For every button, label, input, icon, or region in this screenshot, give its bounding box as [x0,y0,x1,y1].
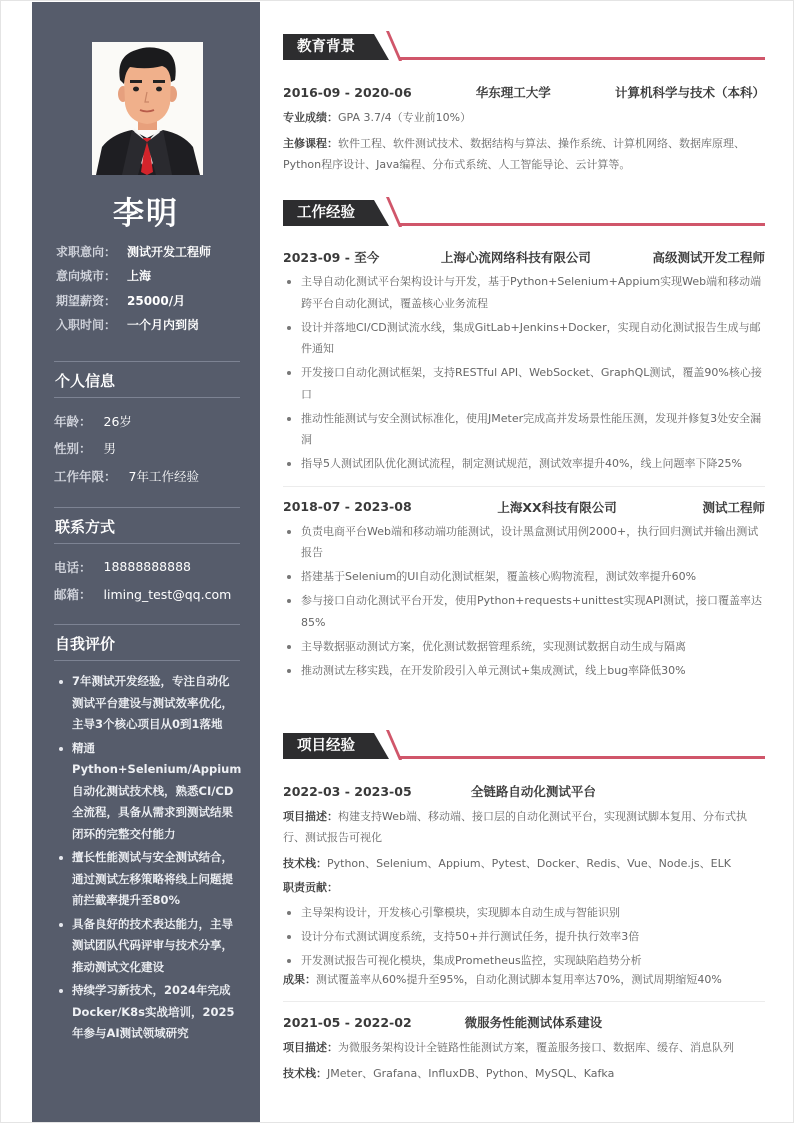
job-bullets: 主导自动化测试平台架构设计与开发，基于Python+Selenium+Appiu… [283,271,765,475]
list-item: 主导架构设计，开发核心引擎模块，实现脚本自动生成与智能识别 [283,902,765,924]
section-header: 工作经验 [283,194,765,228]
intent-label: 求职意向： [56,243,127,260]
project-result: 成果：测试覆盖率从60%提升至95%，自动化测试脚本复用率达70%，测试周期缩短… [283,969,765,990]
job-company: 上海心流网络科技有限公司 [379,248,652,266]
list-item: 推动测试左移实践，在开发阶段引入单元测试+集成测试，线上bug率降低30% [283,660,765,682]
project-tech-stack: 技术栈：Python、Selenium、Appium、Pytest、Docker… [283,853,765,874]
project-description: 项目描述：为微服务架构设计全链路性能测试方案，覆盖服务接口、数据库、缓存、消息队… [283,1037,765,1058]
job-header: 2018-07 - 2023-08 上海XX科技有限公司 测试工程师 [283,497,765,517]
project-entry: 2022-03 - 2023-05 全链路自动化测试平台 项目描述：构建支持We… [283,781,765,990]
job-period: 2023-09 - 至今 [283,248,379,266]
project-period: 2021-05 - 2022-02 [283,1015,412,1030]
job-intent-list: 求职意向： 测试开发工程师 意向城市： 上海 期望薪资： 25000/月 入职时… [56,239,211,337]
list-item: 精通Python+Selenium/Appium自动化测试技术栈，熟悉CI/CD… [54,738,240,846]
job-company: 上海XX科技有限公司 [412,498,703,516]
stack-label: 技术栈： [283,1067,327,1080]
job-bullets: 负责电商平台Web端和移动端功能测试，设计黑盒测试用例2000+，执行回归测试并… [283,521,765,682]
desc-value: 为微服务架构设计全链路性能测试方案，覆盖服务接口、数据库、缓存、消息队列 [338,1041,734,1054]
section-title: 个人信息 [54,361,240,398]
project-duties-label: 职责贡献： [283,877,765,898]
list-item: 持续学习新技术，2024年完成Docker/K8s实战培训，2025年参与AI测… [54,980,240,1045]
info-label: 年龄： [54,412,104,430]
project-tech-stack: 技术栈：JMeter、Grafana、InfluxDB、Python、MySQL… [283,1063,765,1084]
job-entry: 2018-07 - 2023-08 上海XX科技有限公司 测试工程师 负责电商平… [283,497,765,682]
list-item: 参与接口自动化测试平台开发，使用Python+requests+unittest… [283,590,765,633]
work-experience-section: 工作经验 2023-09 - 至今 上海心流网络科技有限公司 高级测试开发工程师… [283,194,765,684]
info-label: 工作年限： [54,467,129,485]
section-divider [399,57,765,60]
section-divider [399,223,765,226]
contact-label: 邮箱： [54,585,104,603]
section-header: 教育背景 [283,28,765,62]
project-duties: 主导架构设计，开发核心引擎模块，实现脚本自动生成与智能识别 设计分布式测试调度系… [283,902,765,972]
contact-email: 邮箱： liming_test@qq.com [54,581,240,609]
info-gender: 性别： 男 [54,435,240,463]
education-section: 教育背景 2016-09 - 2020-06 华东理工大学 计算机科学与技术（本… [283,28,765,175]
entry-divider [283,1001,765,1002]
intent-value: 一个月内到岗 [127,316,199,333]
courses-label: 主修课程： [283,137,338,150]
info-value: 7年工作经验 [129,467,199,485]
contact-phone: 电话： 18888888888 [54,553,240,581]
info-label: 性别： [54,439,104,457]
intent-label: 期望薪资： [56,292,127,309]
list-item: 开发接口自动化测试框架，支持RESTful API、WebSocket、Grap… [283,362,765,405]
list-item: 主导数据驱动测试方案，优化测试数据管理系统，实现测试数据自动生成与隔离 [283,636,765,658]
list-item: 设计分布式测试调度系统，支持50+并行测试任务，提升执行效率3倍 [283,926,765,948]
intent-label: 入职时间： [56,316,127,333]
section-title: 工作经验 [283,200,389,226]
intent-position: 求职意向： 测试开发工程师 [56,239,211,264]
job-role: 高级测试开发工程师 [652,248,765,266]
result-value: 测试覆盖率从60%提升至95%，自动化测试脚本复用率达70%，测试周期缩短40% [316,973,722,986]
avatar-portrait-icon [92,42,203,175]
section-title: 项目经验 [283,733,389,759]
intent-salary: 期望薪资： 25000/月 [56,288,211,313]
list-item: 设计并落地CI/CD测试流水线，集成GitLab+Jenkins+Docker，… [283,317,765,360]
education-period: 2016-09 - 2020-06 [283,85,412,100]
section-title: 教育背景 [283,34,389,60]
desc-value: 构建支持Web端、移动端、接口层的自动化测试平台，实现测试脚本复用、分布式执行、… [283,810,747,844]
gpa-value: GPA 3.7/4（专业前10%） [338,111,471,124]
list-item: 开发测试报告可视化模块，集成Prometheus监控，实现缺陷趋势分析 [283,950,765,972]
stack-value: Python、Selenium、Appium、Pytest、Docker、Red… [327,857,731,870]
intent-start-date: 入职时间： 一个月内到岗 [56,313,211,338]
intent-value: 上海 [127,267,151,284]
info-value: 男 [104,439,117,457]
stack-label: 技术栈： [283,857,327,870]
entry-divider [283,486,765,487]
education-school: 华东理工大学 [412,83,615,101]
list-item: 负责电商平台Web端和移动端功能测试，设计黑盒测试用例2000+，执行回归测试并… [283,521,765,564]
job-period: 2018-07 - 2023-08 [283,499,412,514]
list-item: 主导自动化测试平台架构设计与开发，基于Python+Selenium+Appiu… [283,271,765,314]
job-header: 2023-09 - 至今 上海心流网络科技有限公司 高级测试开发工程师 [283,247,765,267]
education-courses: 主修课程：软件工程、软件测试技术、数据结构与算法、操作系统、计算机网络、数据库原… [283,133,765,175]
list-item: 7年测试开发经验，专注自动化测试平台建设与测试效率优化，主导3个核心项目从0到1… [54,671,240,736]
project-description: 项目描述：构建支持Web端、移动端、接口层的自动化测试平台，实现测试脚本复用、分… [283,806,765,848]
section-title: 联系方式 [54,507,240,544]
section-header: 项目经验 [283,727,765,761]
project-name: 微服务性能测试体系建设 [412,1013,765,1031]
education-gpa: 专业成绩：GPA 3.7/4（专业前10%） [283,107,765,128]
result-label: 成果： [283,973,316,986]
desc-label: 项目描述： [283,810,338,823]
personal-info-section: 个人信息 年龄： 26岁 性别： 男 工作年限： 7年工作经验 [54,361,240,490]
education-entry-header: 2016-09 - 2020-06 华东理工大学 计算机科学与技术（本科） [283,82,765,102]
contact-label: 电话： [54,558,104,576]
courses-value: 软件工程、软件测试技术、数据结构与算法、操作系统、计算机网络、数据库原理、Pyt… [283,137,745,171]
project-header: 2022-03 - 2023-05 全链路自动化测试平台 [283,781,765,801]
list-item: 具备良好的技术表达能力，主导测试团队代码评审与技术分享，推动测试文化建设 [54,914,240,979]
section-title: 自我评价 [54,624,240,661]
project-experience-section: 项目经验 2022-03 - 2023-05 全链路自动化测试平台 项目描述：构… [283,727,765,1084]
project-name: 全链路自动化测试平台 [412,782,765,800]
list-item: 推动性能测试与安全测试标准化，使用JMeter完成高并发场景性能压测，发现并修复… [283,408,765,451]
duty-label: 职责贡献： [283,881,338,894]
resume-page: 李明 求职意向： 测试开发工程师 意向城市： 上海 期望薪资： 25000/月 … [0,0,794,1123]
info-age: 年龄： 26岁 [54,407,240,435]
contact-value: liming_test@qq.com [104,587,232,602]
stack-value: JMeter、Grafana、InfluxDB、Python、MySQL、Kaf… [327,1067,614,1080]
gpa-label: 专业成绩： [283,111,338,124]
info-value: 26岁 [104,412,132,430]
education-major: 计算机科学与技术（本科） [615,83,765,101]
project-entry: 2021-05 - 2022-02 微服务性能测试体系建设 项目描述：为微服务架… [283,1012,765,1084]
project-period: 2022-03 - 2023-05 [283,784,412,799]
job-entry: 2023-09 - 至今 上海心流网络科技有限公司 高级测试开发工程师 主导自动… [283,247,765,475]
intent-value: 测试开发工程师 [127,243,211,260]
candidate-name: 李明 [32,188,260,233]
self-evaluation-list: 7年测试开发经验，专注自动化测试平台建设与测试效率优化，主导3个核心项目从0到1… [54,661,240,1045]
sidebar: 李明 求职意向： 测试开发工程师 意向城市： 上海 期望薪资： 25000/月 … [32,2,260,1122]
list-item: 指导5人测试团队优化测试流程，制定测试规范，测试效率提升40%，线上问题率下降2… [283,453,765,475]
self-evaluation-section: 自我评价 7年测试开发经验，专注自动化测试平台建设与测试效率优化，主导3个核心项… [54,624,240,1047]
section-divider [399,756,765,759]
job-role: 测试工程师 [702,498,765,516]
contact-value: 18888888888 [104,559,191,574]
contact-section: 联系方式 电话： 18888888888 邮箱： liming_test@qq.… [54,507,240,608]
intent-city: 意向城市： 上海 [56,264,211,289]
project-header: 2021-05 - 2022-02 微服务性能测试体系建设 [283,1012,765,1032]
avatar [92,42,203,175]
desc-label: 项目描述： [283,1041,338,1054]
intent-label: 意向城市： [56,267,127,284]
info-experience-years: 工作年限： 7年工作经验 [54,462,240,490]
list-item: 擅长性能测试与安全测试结合，通过测试左移策略将线上问题提前拦截率提升至80% [54,847,240,912]
intent-value: 25000/月 [127,292,185,309]
list-item: 搭建基于Selenium的UI自动化测试框架，覆盖核心购物流程，测试效率提升60… [283,566,765,588]
